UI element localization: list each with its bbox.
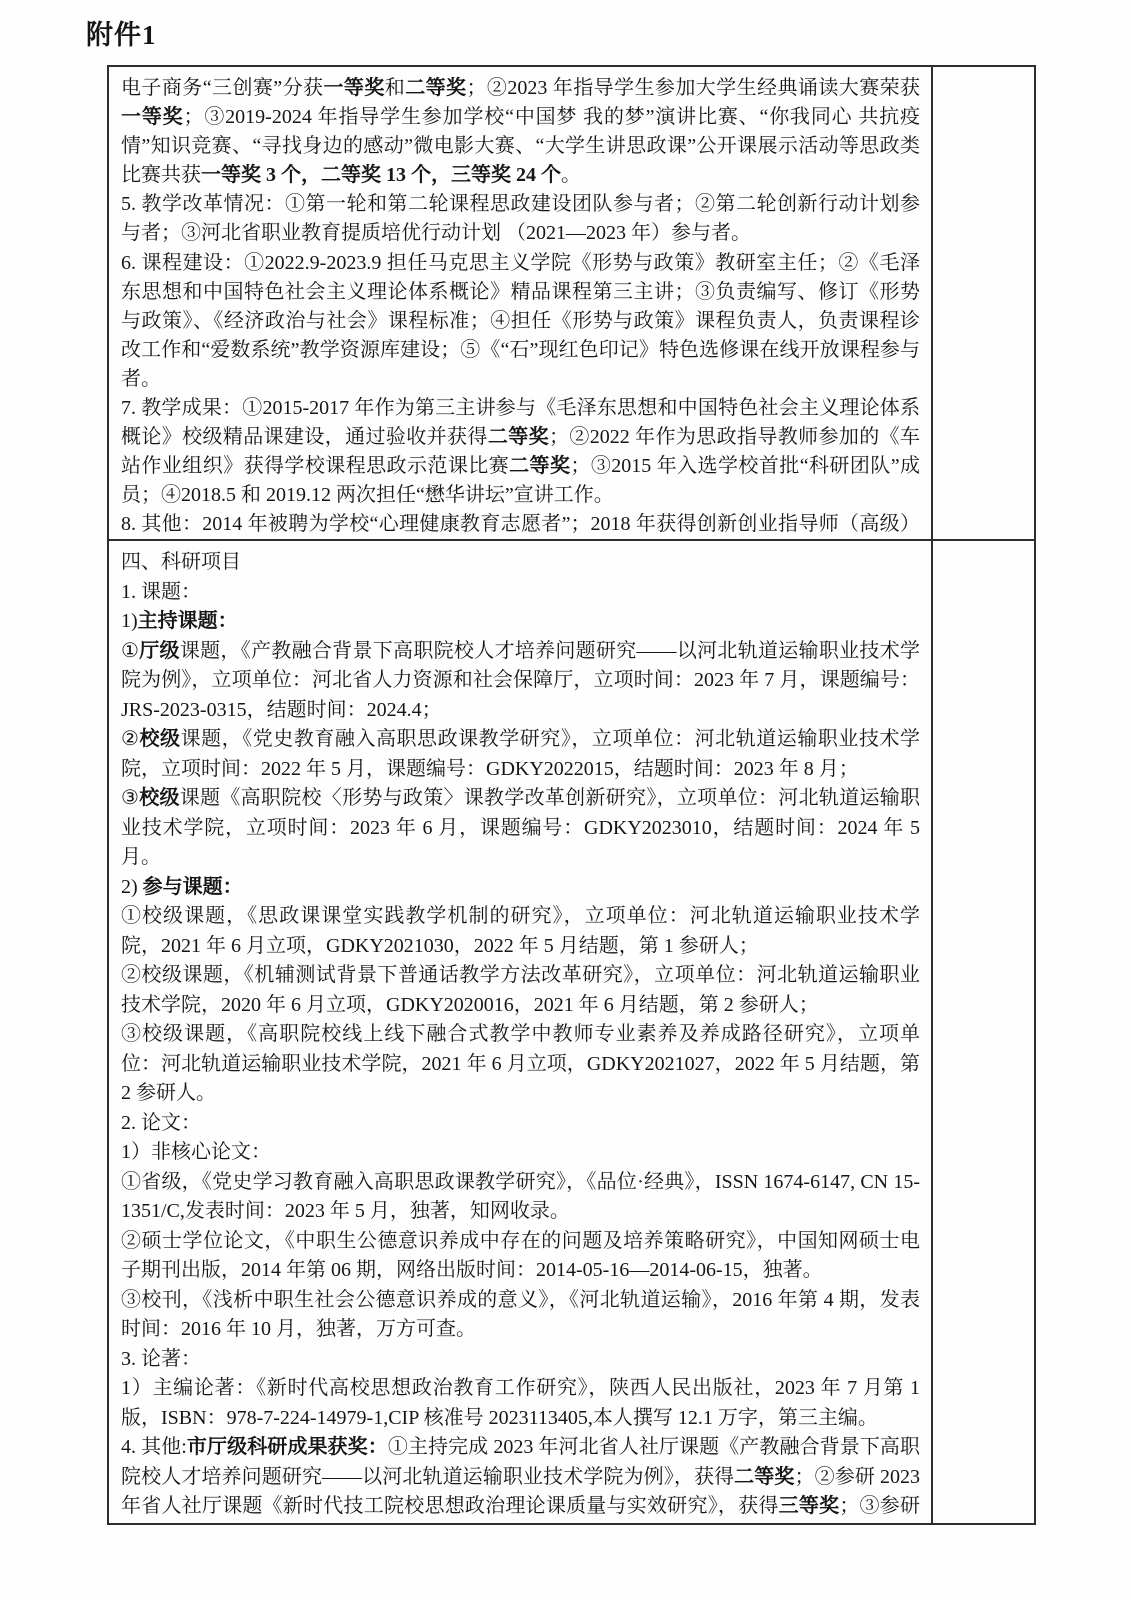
paragraph: ③校刊，《浅析中职生社会公德意识养成的意义》，《河北轨道运输》，2016 年第 … xyxy=(121,1286,920,1345)
paragraph: 2. 论文： xyxy=(121,1109,920,1139)
cell-research-projects: 四、科研项目1. 课题：1)主持课题：①厅级课题，《产教融合背景下高职院校人才培… xyxy=(109,541,933,1523)
paragraph: ①省级，《党史学习教育融入高职思政课教学研究》，《品位·经典》，ISSN 167… xyxy=(121,1168,920,1227)
paragraph: 2) 参与课题： xyxy=(121,873,920,903)
paragraph: 4. 其他:市厅级科研成果获奖：①主持完成 2023 年河北省人社厅课题《产教融… xyxy=(121,1433,920,1523)
paragraph: 8. 其他：2014 年被聘为学校“心理健康教育志愿者”；2018 年获得创新创… xyxy=(121,510,920,541)
paragraph: 电子商务“三创赛”分获一等奖和二等奖；②2023 年指导学生参加大学生经典诵读大… xyxy=(121,74,920,190)
paragraph: 四、科研项目 xyxy=(121,548,920,578)
paragraph: ②硕士学位论文，《中职生公德意识养成中存在的问题及培养策略研究》，中国知网硕士电… xyxy=(121,1227,920,1286)
paragraph: 1)主持课题： xyxy=(121,607,920,637)
paragraph: 1. 课题： xyxy=(121,578,920,608)
paragraph: ①校级课题，《思政课课堂实践教学机制的研究》，立项单位：河北轨道运输职业技术学院… xyxy=(121,902,920,961)
paragraph: ②校级课题，《机辅测试背景下普通话教学方法改革研究》，立项单位：河北轨道运输职业… xyxy=(121,961,920,1020)
paragraph: 6. 课程建设：①2022.9-2023.9 担任马克思主义学院《形势与政策》教… xyxy=(121,249,920,394)
paragraph: ③校级课题，《高职院校线上线下融合式教学中教师专业素养及养成路径研究》，立项单位… xyxy=(121,1020,920,1109)
cell-teaching-achievements: 电子商务“三创赛”分获一等奖和二等奖；②2023 年指导学生参加大学生经典诵读大… xyxy=(109,67,933,541)
paragraph: ③校级课题《高职院校〈形势与政策〉课教学改革创新研究》，立项单位：河北轨道运输职… xyxy=(121,784,920,873)
attachment-label: 附件1 xyxy=(86,13,157,52)
paragraph: 5. 教学改革情况：①第一轮和第二轮课程思政建设团队参与者；②第二轮创新行动计划… xyxy=(121,190,920,248)
document-table: 电子商务“三创赛”分获一等奖和二等奖；②2023 年指导学生参加大学生经典诵读大… xyxy=(107,65,1036,1525)
cell-side-empty-bottom xyxy=(933,541,1034,1523)
paragraph: 7. 教学成果：①2015-2017 年作为第三主讲参与《毛泽东思想和中国特色社… xyxy=(121,394,920,510)
paragraph: ①厅级课题，《产教融合背景下高职院校人才培养问题研究——以河北轨道运输职业技术学… xyxy=(121,637,920,726)
cell-side-empty-top xyxy=(933,67,1034,541)
paragraph: 3. 论著： xyxy=(121,1345,920,1375)
paragraph: ②校级课题，《党史教育融入高职思政课教学研究》，立项单位：河北轨道运输职业技术学… xyxy=(121,725,920,784)
paragraph: 1）非核心论文： xyxy=(121,1138,920,1168)
paragraph: 1）主编论著：《新时代高校思想政治教育工作研究》，陕西人民出版社，2023 年 … xyxy=(121,1374,920,1433)
scanned-document-page: { "colors": { "background": "#fefefe", "… xyxy=(0,0,1131,1600)
